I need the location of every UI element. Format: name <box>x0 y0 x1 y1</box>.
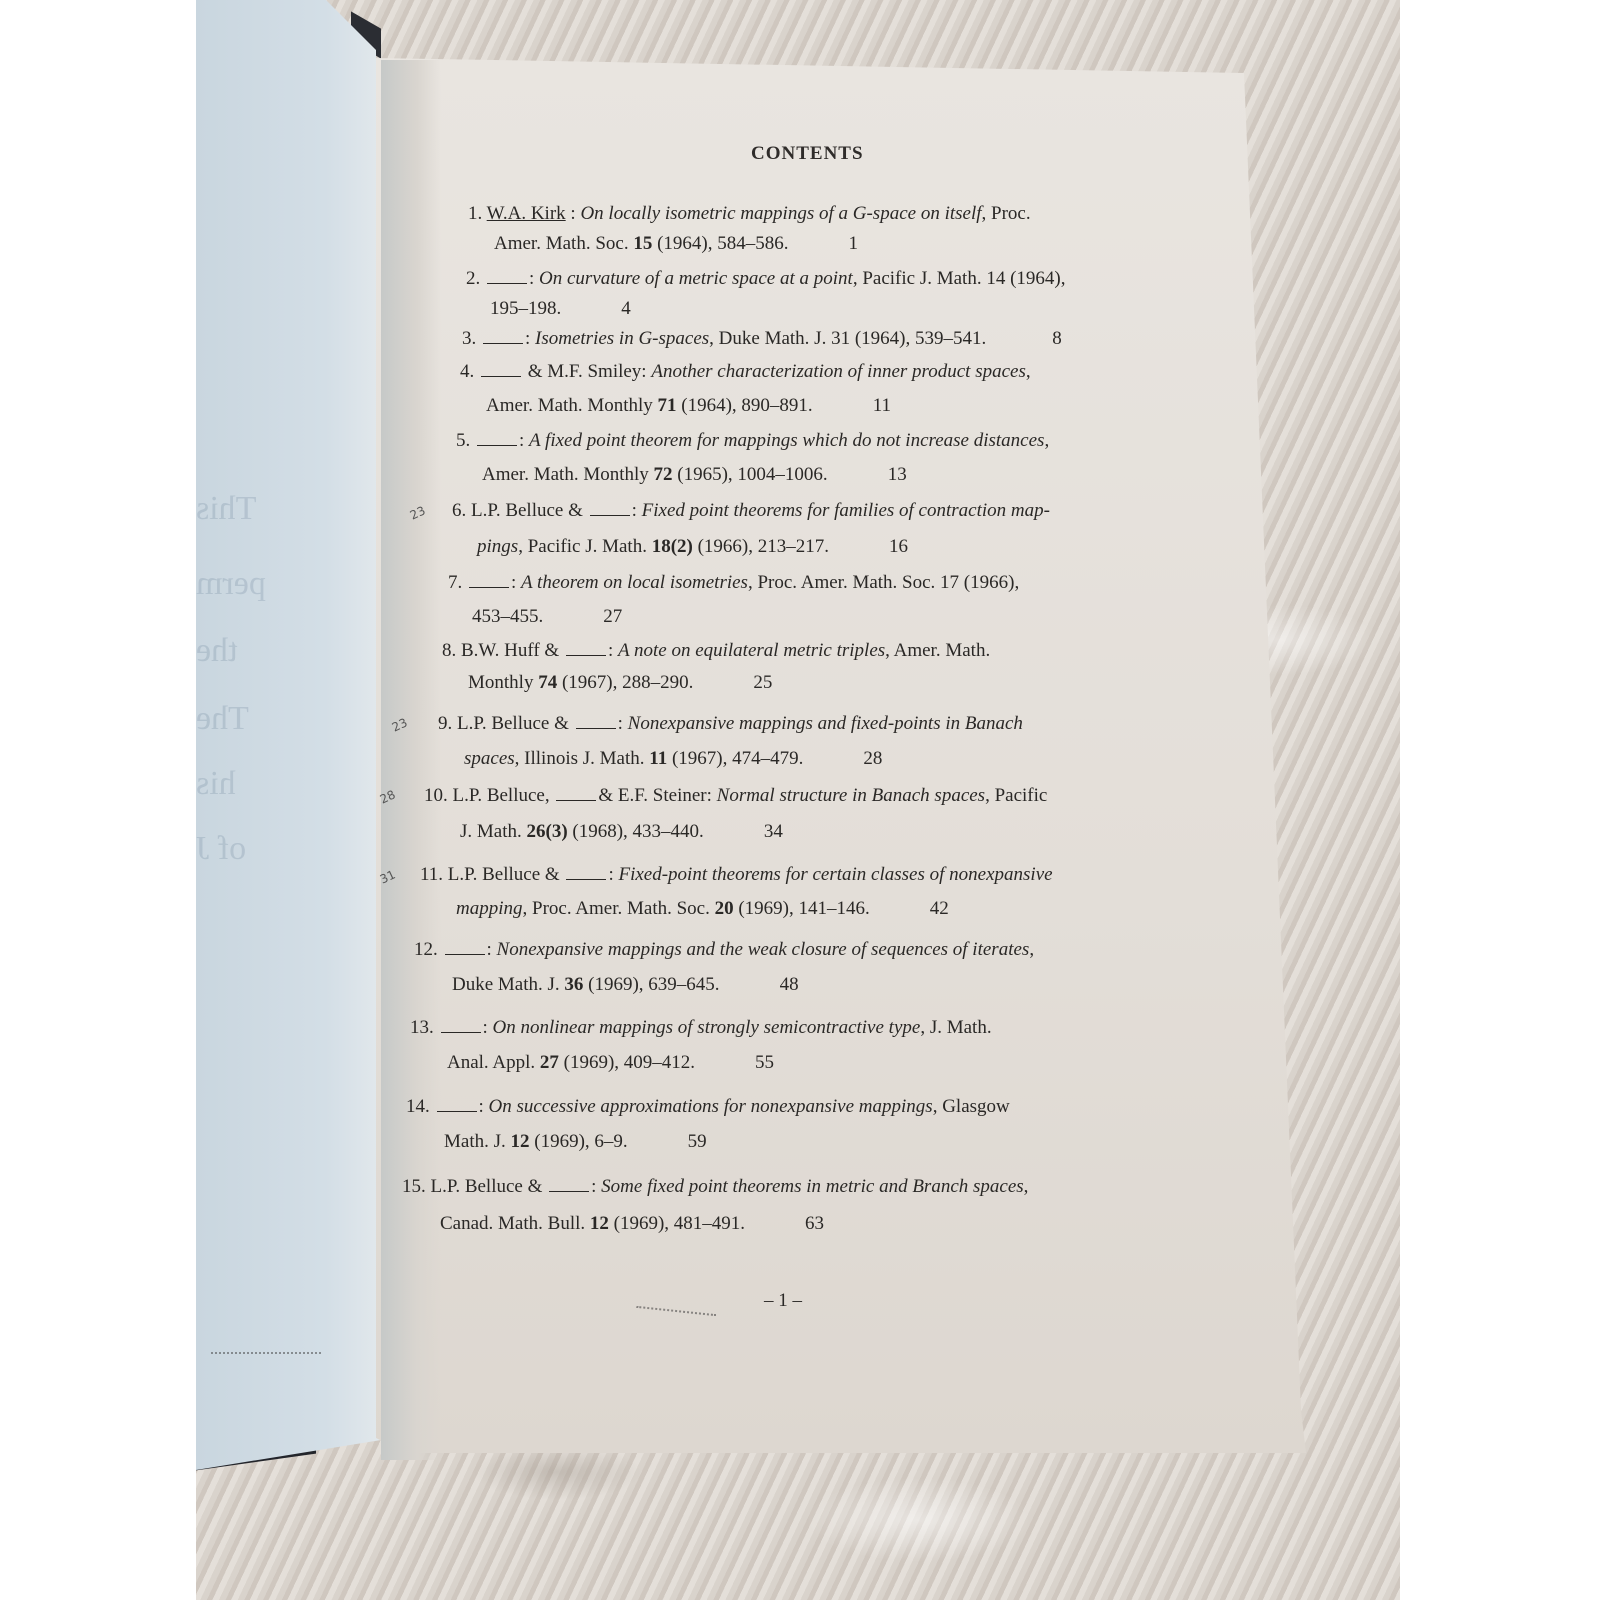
handwritten-annotation: 23 <box>408 503 428 522</box>
entry-number: 10. <box>424 779 448 813</box>
entry-volume: 74 <box>538 672 557 693</box>
page-specks <box>636 1306 716 1318</box>
entry-title: Fixed point theorems for families of con… <box>642 500 1050 521</box>
entry-page-number: 1 <box>848 227 858 261</box>
entry-number: 14. <box>406 1090 430 1124</box>
contents-entry-continued: Monthly 74 (1967), 288–290.25 <box>468 666 772 700</box>
entry-number: 7. <box>448 566 462 600</box>
entry-citation: , Glasgow <box>933 1096 1010 1117</box>
contents-entry-continued: Amer. Math. Monthly 72 (1965), 1004–1006… <box>482 458 907 492</box>
entry-journal: Monthly <box>468 672 538 693</box>
entry-volume: 36 <box>564 974 583 995</box>
entry-page-number: 13 <box>888 458 907 492</box>
contents-entry: 2. : On curvature of a metric space at a… <box>466 262 1065 296</box>
entry-authors-suffix: & E.F. Steiner: <box>598 785 712 806</box>
entry-citation: , J. Math. <box>920 1017 991 1038</box>
contents-entry-continued: 195–198.4 <box>490 292 631 326</box>
contents-entry: 1. W.A. Kirk : On locally isometric mapp… <box>468 197 1031 231</box>
entry-journal: Math. J. <box>444 1131 511 1152</box>
entry-authors: L.P. Belluce & <box>471 500 583 521</box>
entry-title: A fixed point theorem for mappings which… <box>529 430 1044 451</box>
entry-page-number: 8 <box>1052 322 1062 356</box>
entry-number: 6. <box>452 494 466 528</box>
entry-page-number: 25 <box>753 666 772 700</box>
entry-authors-suffix: : <box>618 713 623 734</box>
entry-title: On nonlinear mappings of strongly semico… <box>493 1017 921 1038</box>
contents-entry: 11. L.P. Belluce & : Fixed-point theorem… <box>420 858 1053 892</box>
contents-entry: 6. L.P. Belluce & : Fixed point theorems… <box>452 494 1050 528</box>
entry-page-number: 48 <box>780 968 799 1002</box>
contents-entry-continued: Duke Math. J. 36 (1969), 639–645.48 <box>452 968 799 1002</box>
contents-entry-continued: Math. J. 12 (1969), 6–9.59 <box>444 1125 707 1159</box>
entry-page-number: 11 <box>873 389 891 423</box>
entry-authors-suffix: : <box>632 500 637 521</box>
entry-title: On curvature of a metric space at a poin… <box>539 268 853 289</box>
page-number: – 1 – <box>764 1290 802 1312</box>
entry-journal: Amer. Math. Monthly <box>482 464 654 485</box>
entry-volume: 15 <box>633 233 652 254</box>
entry-authors-suffix: : <box>479 1096 484 1117</box>
entry-authors-suffix: & M.F. Smiley: <box>523 361 647 382</box>
entry-journal: Amer. Math. Monthly <box>486 395 658 416</box>
entry-volume: 20 <box>715 898 734 919</box>
entry-title: Normal structure in Banach spaces <box>717 785 985 806</box>
entry-authors: L.P. Belluce & <box>457 713 569 734</box>
entry-number: 13. <box>410 1011 434 1045</box>
entry-title: Nonexpansive mappings and the weak closu… <box>497 939 1030 960</box>
entry-citation: , <box>1026 361 1031 382</box>
entry-title-continued: mapping <box>456 898 523 919</box>
entry-title: Another characterization of inner produc… <box>651 361 1026 382</box>
entry-volume: 71 <box>658 395 677 416</box>
entry-authors-suffix: : <box>591 1176 596 1197</box>
entry-number: 2. <box>466 262 480 296</box>
entry-title: Nonexpansive mappings and fixed-points i… <box>628 713 1023 734</box>
entry-volume: 26(3) <box>527 821 568 842</box>
handwritten-annotation: 23 <box>390 715 410 734</box>
entry-authors-suffix: : <box>570 203 575 224</box>
entry-page-number: 59 <box>688 1125 707 1159</box>
entry-authors: L.P. Belluce & <box>431 1176 543 1197</box>
entry-authors: B.W. Huff & <box>461 640 559 661</box>
author-blank-line <box>437 1097 477 1112</box>
contents-entry-continued: spaces, Illinois J. Math. 11 (1967), 474… <box>464 742 882 776</box>
page-heading: CONTENTS <box>751 143 864 165</box>
contents-entry: 5. : A fixed point theorem for mappings … <box>456 424 1049 458</box>
entry-authors-suffix: : <box>511 572 516 593</box>
entry-year-pages: (1965), 1004–1006. <box>673 464 828 485</box>
contents-entry: 8. B.W. Huff & : A note on equilateral m… <box>442 634 990 668</box>
entry-year-pages: (1969), 639–645. <box>583 974 719 995</box>
entry-journal: 453–455. <box>472 606 543 627</box>
entry-citation: , Duke Math. J. 31 (1964), 539–541. <box>709 328 986 349</box>
entry-citation: , <box>1029 939 1034 960</box>
entry-page-number: 55 <box>755 1046 774 1080</box>
entry-title: A theorem on local isometries <box>521 572 748 593</box>
entry-number: 12. <box>414 933 438 967</box>
entry-journal: Duke Math. J. <box>452 974 564 995</box>
contents-entry-continued: J. Math. 26(3) (1968), 433–440.34 <box>460 815 783 849</box>
entry-authors-suffix: : <box>487 939 492 960</box>
entry-year-pages: (1964), 890–891. <box>677 395 813 416</box>
entry-journal: , Proc. Amer. Math. Soc. <box>523 898 715 919</box>
contents-entry: 14. : On successive approximations for n… <box>406 1090 1010 1124</box>
entry-number: 11. <box>420 858 443 892</box>
entry-citation: , Amer. Math. <box>885 640 990 661</box>
entry-volume: 12 <box>590 1213 609 1234</box>
entry-title: On successive approximations for nonexpa… <box>489 1096 933 1117</box>
author-blank-line <box>469 573 509 588</box>
author-blank-line <box>477 431 517 446</box>
entry-journal: , Pacific J. Math. <box>518 536 652 557</box>
entry-citation: , <box>1024 1176 1029 1197</box>
entry-page-number: 16 <box>889 530 908 564</box>
entry-number: 1. <box>468 197 482 231</box>
photo: ThispermtheThehisof J CONTENTS – 1 – 1. … <box>196 0 1400 1600</box>
entry-title: Some fixed point theorems in metric and … <box>601 1176 1024 1197</box>
handwritten-annotation: 28 <box>378 787 398 806</box>
entry-number: 9. <box>438 707 452 741</box>
entry-title: A note on equilateral metric triples <box>618 640 885 661</box>
entry-authors-suffix: : <box>525 328 530 349</box>
entry-page-number: 27 <box>603 600 622 634</box>
entry-page-number: 28 <box>863 742 882 776</box>
entry-authors: L.P. Belluce & <box>448 864 560 885</box>
author-blank-line <box>566 641 606 656</box>
entry-authors-suffix: : <box>529 268 534 289</box>
entry-year-pages: (1964), 584–586. <box>652 233 788 254</box>
entry-journal: Anal. Appl. <box>447 1052 540 1073</box>
entry-authors-suffix: : <box>483 1017 488 1038</box>
contents-entry: 3. : Isometries in G-spaces, Duke Math. … <box>462 322 1062 356</box>
entry-title-continued: spaces <box>464 748 515 769</box>
contents-entry: 7. : A theorem on local isometries, Proc… <box>448 566 1019 600</box>
entry-year-pages: (1969), 141–146. <box>734 898 870 919</box>
entry-authors: L.P. Belluce, <box>453 785 550 806</box>
entry-journal: , Illinois J. Math. <box>515 748 650 769</box>
entry-journal: Amer. Math. Soc. <box>494 233 633 254</box>
contents-entry: 15. L.P. Belluce & : Some fixed point th… <box>402 1170 1028 1204</box>
contents-entry-continued: Canad. Math. Bull. 12 (1969), 481–491.63 <box>440 1207 824 1241</box>
entry-title: Isometries in G-spaces <box>535 328 709 349</box>
author-blank-line <box>566 865 606 880</box>
entry-page-number: 4 <box>621 292 631 326</box>
entry-volume: 72 <box>654 464 673 485</box>
contents-text: CONTENTS – 1 – 1. W.A. Kirk : On locally… <box>196 0 1400 1600</box>
entry-authors-suffix: : <box>608 640 613 661</box>
author-blank-line <box>576 714 616 729</box>
entry-authors-suffix: : <box>519 430 524 451</box>
contents-entry: 10. L.P. Belluce, & E.F. Steiner: Normal… <box>424 779 1047 813</box>
entry-page-number: 63 <box>805 1207 824 1241</box>
entry-citation: , Proc. <box>982 203 1031 224</box>
contents-entry-continued: Amer. Math. Monthly 71 (1964), 890–891.1… <box>486 389 891 423</box>
author-blank-line <box>441 1018 481 1033</box>
entry-page-number: 42 <box>930 892 949 926</box>
entry-volume: 12 <box>511 1131 530 1152</box>
author-blank-line <box>483 329 523 344</box>
contents-entry: 9. L.P. Belluce & : Nonexpansive mapping… <box>438 707 1023 741</box>
contents-entry-continued: mapping, Proc. Amer. Math. Soc. 20 (1969… <box>456 892 949 926</box>
author-blank-line <box>590 501 630 516</box>
contents-entry-continued: pings, Pacific J. Math. 18(2) (1966), 21… <box>477 530 908 564</box>
contents-entry-continued: Anal. Appl. 27 (1969), 409–412.55 <box>447 1046 774 1080</box>
entry-number: 15. <box>402 1170 426 1204</box>
author-blank-line <box>487 269 527 284</box>
entry-page-number: 34 <box>764 815 783 849</box>
entry-year-pages: (1969), 409–412. <box>559 1052 695 1073</box>
contents-entry-continued: 453–455.27 <box>472 600 622 634</box>
entry-year-pages: (1967), 474–479. <box>667 748 803 769</box>
author-blank-line <box>481 362 521 377</box>
author-blank-line <box>445 940 485 955</box>
entry-number: 5. <box>456 424 470 458</box>
contents-entry: 13. : On nonlinear mappings of strongly … <box>410 1011 992 1045</box>
entry-number: 3. <box>462 322 476 356</box>
contents-entry: 12. : Nonexpansive mappings and the weak… <box>414 933 1034 967</box>
entry-year-pages: (1967), 288–290. <box>557 672 693 693</box>
author-blank-line <box>556 786 596 801</box>
entry-year-pages: (1969), 6–9. <box>530 1131 628 1152</box>
entry-authors: W.A. Kirk <box>487 203 566 224</box>
entry-year-pages: (1968), 433–440. <box>568 821 704 842</box>
author-blank-line <box>549 1177 589 1192</box>
entry-citation: , Proc. Amer. Math. Soc. 17 (1966), <box>748 572 1019 593</box>
entry-volume: 11 <box>649 748 667 769</box>
contents-entry: 4. & M.F. Smiley: Another characterizati… <box>460 355 1031 389</box>
entry-number: 8. <box>442 634 456 668</box>
entry-year-pages: (1966), 213–217. <box>693 536 829 557</box>
entry-number: 4. <box>460 355 474 389</box>
contents-entry-continued: Amer. Math. Soc. 15 (1964), 584–586.1 <box>494 227 858 261</box>
entry-journal: Canad. Math. Bull. <box>440 1213 590 1234</box>
entry-citation: , <box>1044 430 1049 451</box>
entry-title-continued: pings <box>477 536 518 557</box>
entry-volume: 27 <box>540 1052 559 1073</box>
handwritten-annotation: 31 <box>378 867 398 886</box>
entry-authors-suffix: : <box>608 864 613 885</box>
entry-journal: 195–198. <box>490 298 561 319</box>
entry-volume: 18(2) <box>652 536 693 557</box>
entry-citation: , Pacific <box>985 785 1047 806</box>
entry-year-pages: (1969), 481–491. <box>609 1213 745 1234</box>
entry-citation: , Pacific J. Math. 14 (1964), <box>853 268 1066 289</box>
entry-title: On locally isometric mappings of a G-spa… <box>580 203 981 224</box>
entry-journal: J. Math. <box>460 821 527 842</box>
entry-title: Fixed-point theorems for certain classes… <box>618 864 1052 885</box>
